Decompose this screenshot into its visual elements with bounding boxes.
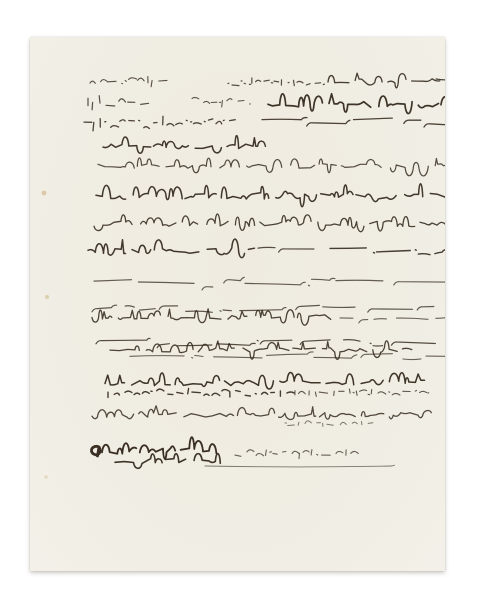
foxing-spot <box>42 191 47 196</box>
handwriting-ink <box>30 37 445 571</box>
ink-stroke <box>268 94 445 114</box>
ink-stroke <box>96 184 445 207</box>
ink-stroke <box>340 316 445 323</box>
ink-stroke <box>115 454 220 469</box>
ink-stroke <box>108 389 294 398</box>
ink-line-12 <box>105 372 429 397</box>
ink-line-7 <box>94 214 445 232</box>
ink-line-1 <box>90 73 445 88</box>
ink-line-6 <box>96 184 445 207</box>
ink-line-9 <box>94 277 445 290</box>
ink-stroke <box>262 118 445 127</box>
ink-stroke <box>92 406 431 420</box>
ink-stroke <box>235 450 358 459</box>
ink-stroke <box>436 78 445 80</box>
ink-line-13 <box>92 406 431 427</box>
ink-stroke <box>295 389 429 396</box>
ink-stroke <box>330 248 445 255</box>
photo-background <box>0 0 479 610</box>
ink-stroke <box>105 372 425 389</box>
ink-stroke <box>88 96 149 110</box>
ink-stroke <box>88 239 255 258</box>
foxing-spot <box>45 295 49 299</box>
ink-stroke <box>192 97 250 106</box>
ink-line-10 <box>92 305 445 325</box>
ink-stroke <box>91 446 100 456</box>
ink-stroke <box>103 136 265 154</box>
manuscript-page <box>30 37 445 571</box>
ink-stroke <box>328 73 440 88</box>
ink-stroke <box>92 309 331 325</box>
ink-stroke <box>130 352 445 360</box>
ink-line-5 <box>98 158 445 176</box>
ink-signature-block <box>91 437 394 468</box>
ink-line-11 <box>96 338 445 359</box>
ink-stroke <box>98 158 445 176</box>
ink-stroke <box>94 214 445 232</box>
ink-stroke <box>102 437 216 459</box>
ink-line-8 <box>88 239 445 258</box>
ink-stroke <box>84 116 235 131</box>
ink-stroke <box>90 77 167 87</box>
ink-stroke <box>205 465 395 467</box>
foxing-spot <box>44 475 48 479</box>
ink-stroke <box>228 78 324 86</box>
ink-stroke <box>94 277 445 290</box>
ink-stroke <box>285 421 373 427</box>
ink-line-3 <box>84 116 445 131</box>
ink-stroke <box>258 247 314 252</box>
ink-line-2 <box>88 94 445 114</box>
ink-line-4 <box>103 136 265 154</box>
